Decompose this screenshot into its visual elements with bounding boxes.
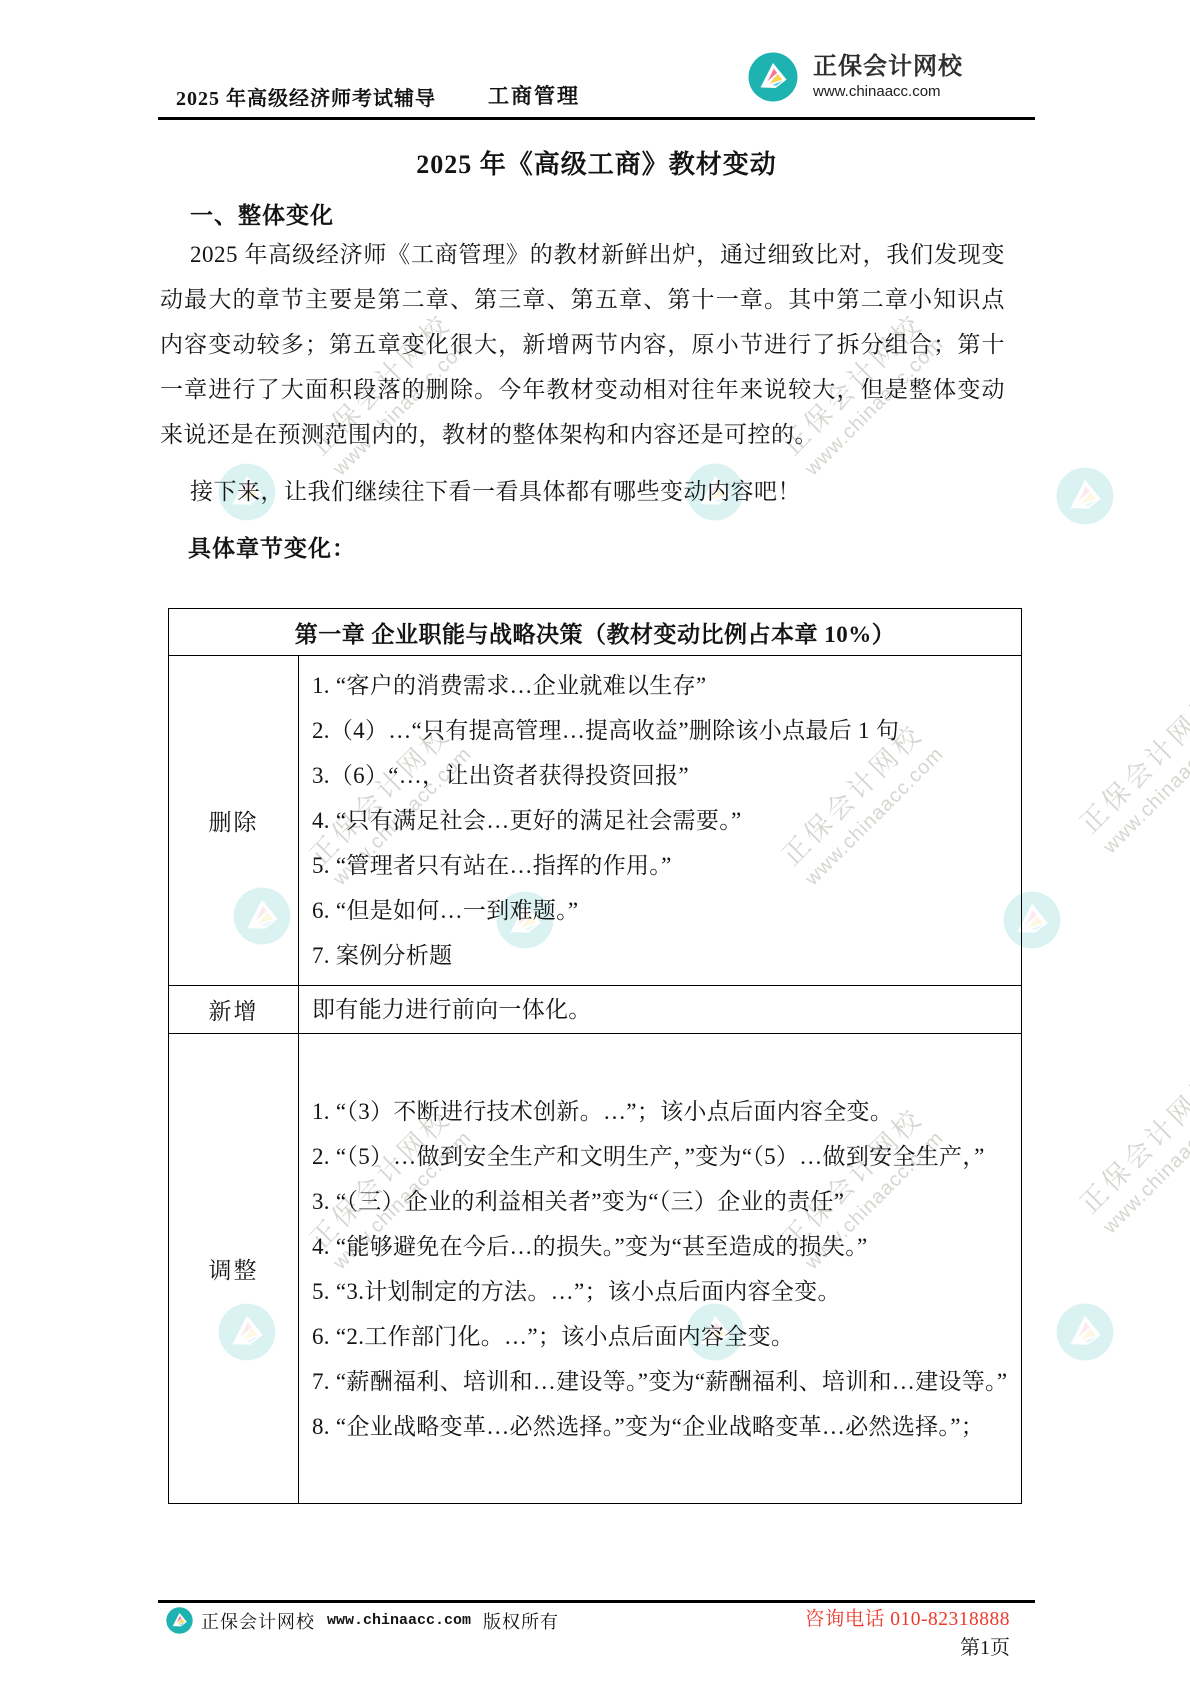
row-content-adjust: 1. “（3）不断进行技术创新。…”；该小点后面内容全变。2. “（5）…做到安… [299, 1034, 1022, 1504]
table-cell-line: 2. “（5）…做到安全生产和文明生产，”变为“（5）…做到安全生产，” [312, 1134, 1013, 1179]
table-title: 第一章 企业职能与战略决策（教材变动比例占本章 10%） [169, 609, 1022, 656]
brand-block: 正保会计网校 www.chinaacc.com [748, 52, 963, 102]
table-cell-line: 5. “3.计划制定的方法。…”；该小点后面内容全变。 [312, 1269, 1013, 1314]
chapter-change-table: 第一章 企业职能与战略决策（教材变动比例占本章 10%） 删除 1. “客户的消… [168, 608, 1022, 1504]
table-cell-line: 4. “能够避免在今后…的损失。”变为“甚至造成的损失。” [312, 1224, 1013, 1269]
table-cell-line: 即有能力进行前向一体化。 [312, 987, 1013, 1032]
header-subject: 工商管理 [488, 80, 580, 110]
footer-rights: 版权所有 [483, 1608, 559, 1634]
section-heading-overall-change: 一、整体变化 [190, 197, 334, 230]
table-cell-line: 7. 案例分析题 [312, 933, 1013, 978]
table-cell-line: 6. “但是如何…一到难题。” [312, 888, 1013, 933]
row-label-new: 新增 [169, 986, 299, 1034]
brand-text: 正保会计网校 www.chinaacc.com [813, 54, 963, 100]
table-cell-line: 6. “2.工作部门化。…”；该小点后面内容全变。 [312, 1314, 1013, 1359]
brand-url: www.chinaacc.com [813, 83, 963, 100]
table-cell-line: 8. “企业战略变革…必然选择。”变为“企业战略变革…必然选择。”； [312, 1404, 1013, 1449]
table-cell-line: 1. “客户的消费需求…企业就难以生存” [312, 663, 1013, 708]
table-cell-line: 2.（4）…“只有提高管理…提高收益”删除该小点最后 1 句 [312, 708, 1013, 753]
footer-logo-icon [166, 1607, 193, 1634]
table-cell-line: 7. “薪酬福利、培训和…建设等。”变为“薪酬福利、培训和…建设等。” [312, 1359, 1013, 1404]
footer-url: www.chinaacc.com [327, 1612, 471, 1629]
brand-name: 正保会计网校 [813, 54, 963, 80]
footer-company: 正保会计网校 [201, 1608, 315, 1634]
footer-page-number: 第1页 [960, 1631, 1010, 1660]
paragraph-lead-in: 接下来，让我们继续往下看一看具体都有哪些变动内容吧！ [160, 469, 1005, 514]
page-content: 2025 年高级经济师考试辅导 工商管理 正保会计网校 www.chinaacc… [0, 0, 1190, 1683]
table-cell-line: 5. “管理者只有站在…指挥的作用。” [312, 843, 1013, 888]
table-row-delete: 删除 1. “客户的消费需求…企业就难以生存”2.（4）…“只有提高管理…提高收… [169, 656, 1022, 986]
table-cell-line: 3. “（三）企业的利益相关者”变为“（三）企业的责任” [312, 1179, 1013, 1224]
footer-phone: 咨询电话 010-82318888 [805, 1603, 1010, 1631]
row-content-delete: 1. “客户的消费需求…企业就难以生存”2.（4）…“只有提高管理…提高收益”删… [299, 656, 1022, 986]
brand-logo-icon [748, 52, 798, 102]
page-title: 2025 年《高级工商》教材变动 [158, 144, 1035, 181]
body-paragraphs: 2025 年高级经济师《工商管理》的教材新鲜出炉，通过细致比对，我们发现变动最大… [160, 232, 1005, 514]
table-header-row: 第一章 企业职能与战略决策（教材变动比例占本章 10%） [169, 609, 1022, 656]
footer-copyright-block: 正保会计网校 www.chinaacc.com 版权所有 [166, 1607, 559, 1634]
row-label-delete: 删除 [169, 656, 299, 986]
document-page: 正保会计网校www.chinaacc.com正保会计网校www.chinaacc… [0, 0, 1190, 1683]
paragraph-overall-change: 2025 年高级经济师《工商管理》的教材新鲜出炉，通过细致比对，我们发现变动最大… [160, 232, 1005, 457]
row-label-adjust: 调整 [169, 1034, 299, 1504]
header-divider [158, 117, 1035, 120]
table-cell-line: 1. “（3）不断进行技术创新。…”；该小点后面内容全变。 [312, 1089, 1013, 1134]
section-heading-chapter-changes: 具体章节变化： [188, 530, 356, 563]
table-cell-line: 3.（6）“…，让出资者获得投资回报” [312, 753, 1013, 798]
table-cell-line: 4. “只有满足社会…更好的满足社会需要。” [312, 798, 1013, 843]
header-course-title: 2025 年高级经济师考试辅导 [176, 82, 436, 111]
row-content-new: 即有能力进行前向一体化。 [299, 986, 1022, 1034]
table-row-new: 新增 即有能力进行前向一体化。 [169, 986, 1022, 1034]
table-row-adjust: 调整 1. “（3）不断进行技术创新。…”；该小点后面内容全变。2. “（5）…… [169, 1034, 1022, 1504]
